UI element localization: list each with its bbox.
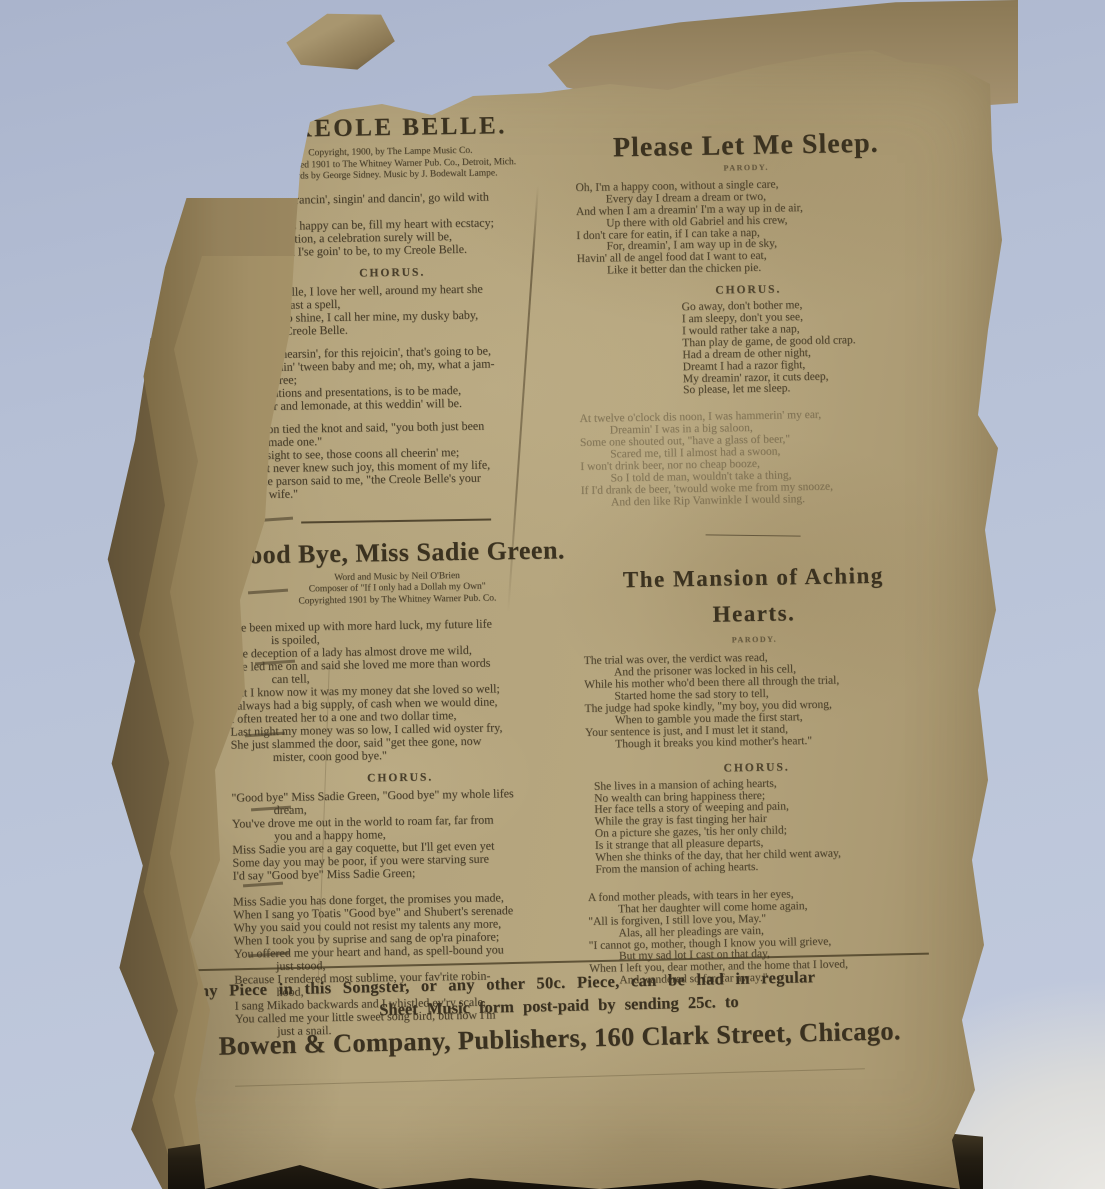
verse: The trial was over, the verdict was read…	[584, 650, 928, 751]
song-mansion-of-aching-hearts: The Mansion of Aching Hearts. PARODY. Th…	[582, 557, 931, 988]
chorus-heading: CHORUS.	[231, 769, 569, 787]
chorus-heading: CHORUS.	[577, 282, 919, 300]
chorus: She lives in a mansion of aching hearts,…	[586, 776, 930, 877]
chorus: Go away, don't bother me,I am sleepy, do…	[578, 298, 922, 399]
song-divider	[705, 534, 800, 536]
song-title-line2: Hearts.	[583, 593, 926, 635]
song-title: CREOLE BELLE.	[221, 112, 559, 143]
lyric-line: Words by George Sidney. Music by J. Bode…	[222, 167, 560, 184]
chorus-heading: CHORUS.	[586, 760, 928, 778]
verse: At twelve o'clock dis noon, I was hammer…	[579, 408, 923, 509]
song-divider	[301, 518, 491, 523]
verse: Oh, I'm a happy coon, without a single c…	[575, 177, 919, 278]
song-credits: Copyright, 1900, by The Lampe Music Co.T…	[221, 144, 560, 184]
right-column: Please Let Me Sleep. PARODY. Oh, I'm a h…	[575, 128, 932, 988]
song-title: Good Bye, Miss Sadie Green.	[227, 536, 565, 568]
song-credits: Word and Music by Neil O'BrienComposer o…	[228, 569, 567, 609]
lyric-line: mister, coon good bye."	[231, 746, 569, 764]
photo-of-songster-page: CREOLE BELLE. Copyright, 1900, by The La…	[0, 0, 1105, 1189]
song-title-line1: The Mansion of Aching	[582, 557, 925, 599]
chorus: "Good bye" Miss Sadie Green, "Good bye" …	[231, 786, 570, 882]
lyric-line: So please, let me sleep.	[683, 381, 921, 397]
verse: I've been mixed up with more hard luck, …	[229, 616, 569, 764]
song-please-let-me-sleep: Please Let Me Sleep. PARODY. Oh, I'm a h…	[575, 128, 924, 509]
lyric-line: I'd say "Good bye" Miss Sadie Green;	[233, 864, 571, 882]
torn-paper-fragment	[278, 0, 402, 86]
song-title: Please Let Me Sleep.	[575, 128, 917, 163]
verse: The parson tied the knot and said, "you …	[226, 418, 565, 501]
footer-advertisement: Any Piece in this Songster, or any other…	[187, 953, 931, 1063]
